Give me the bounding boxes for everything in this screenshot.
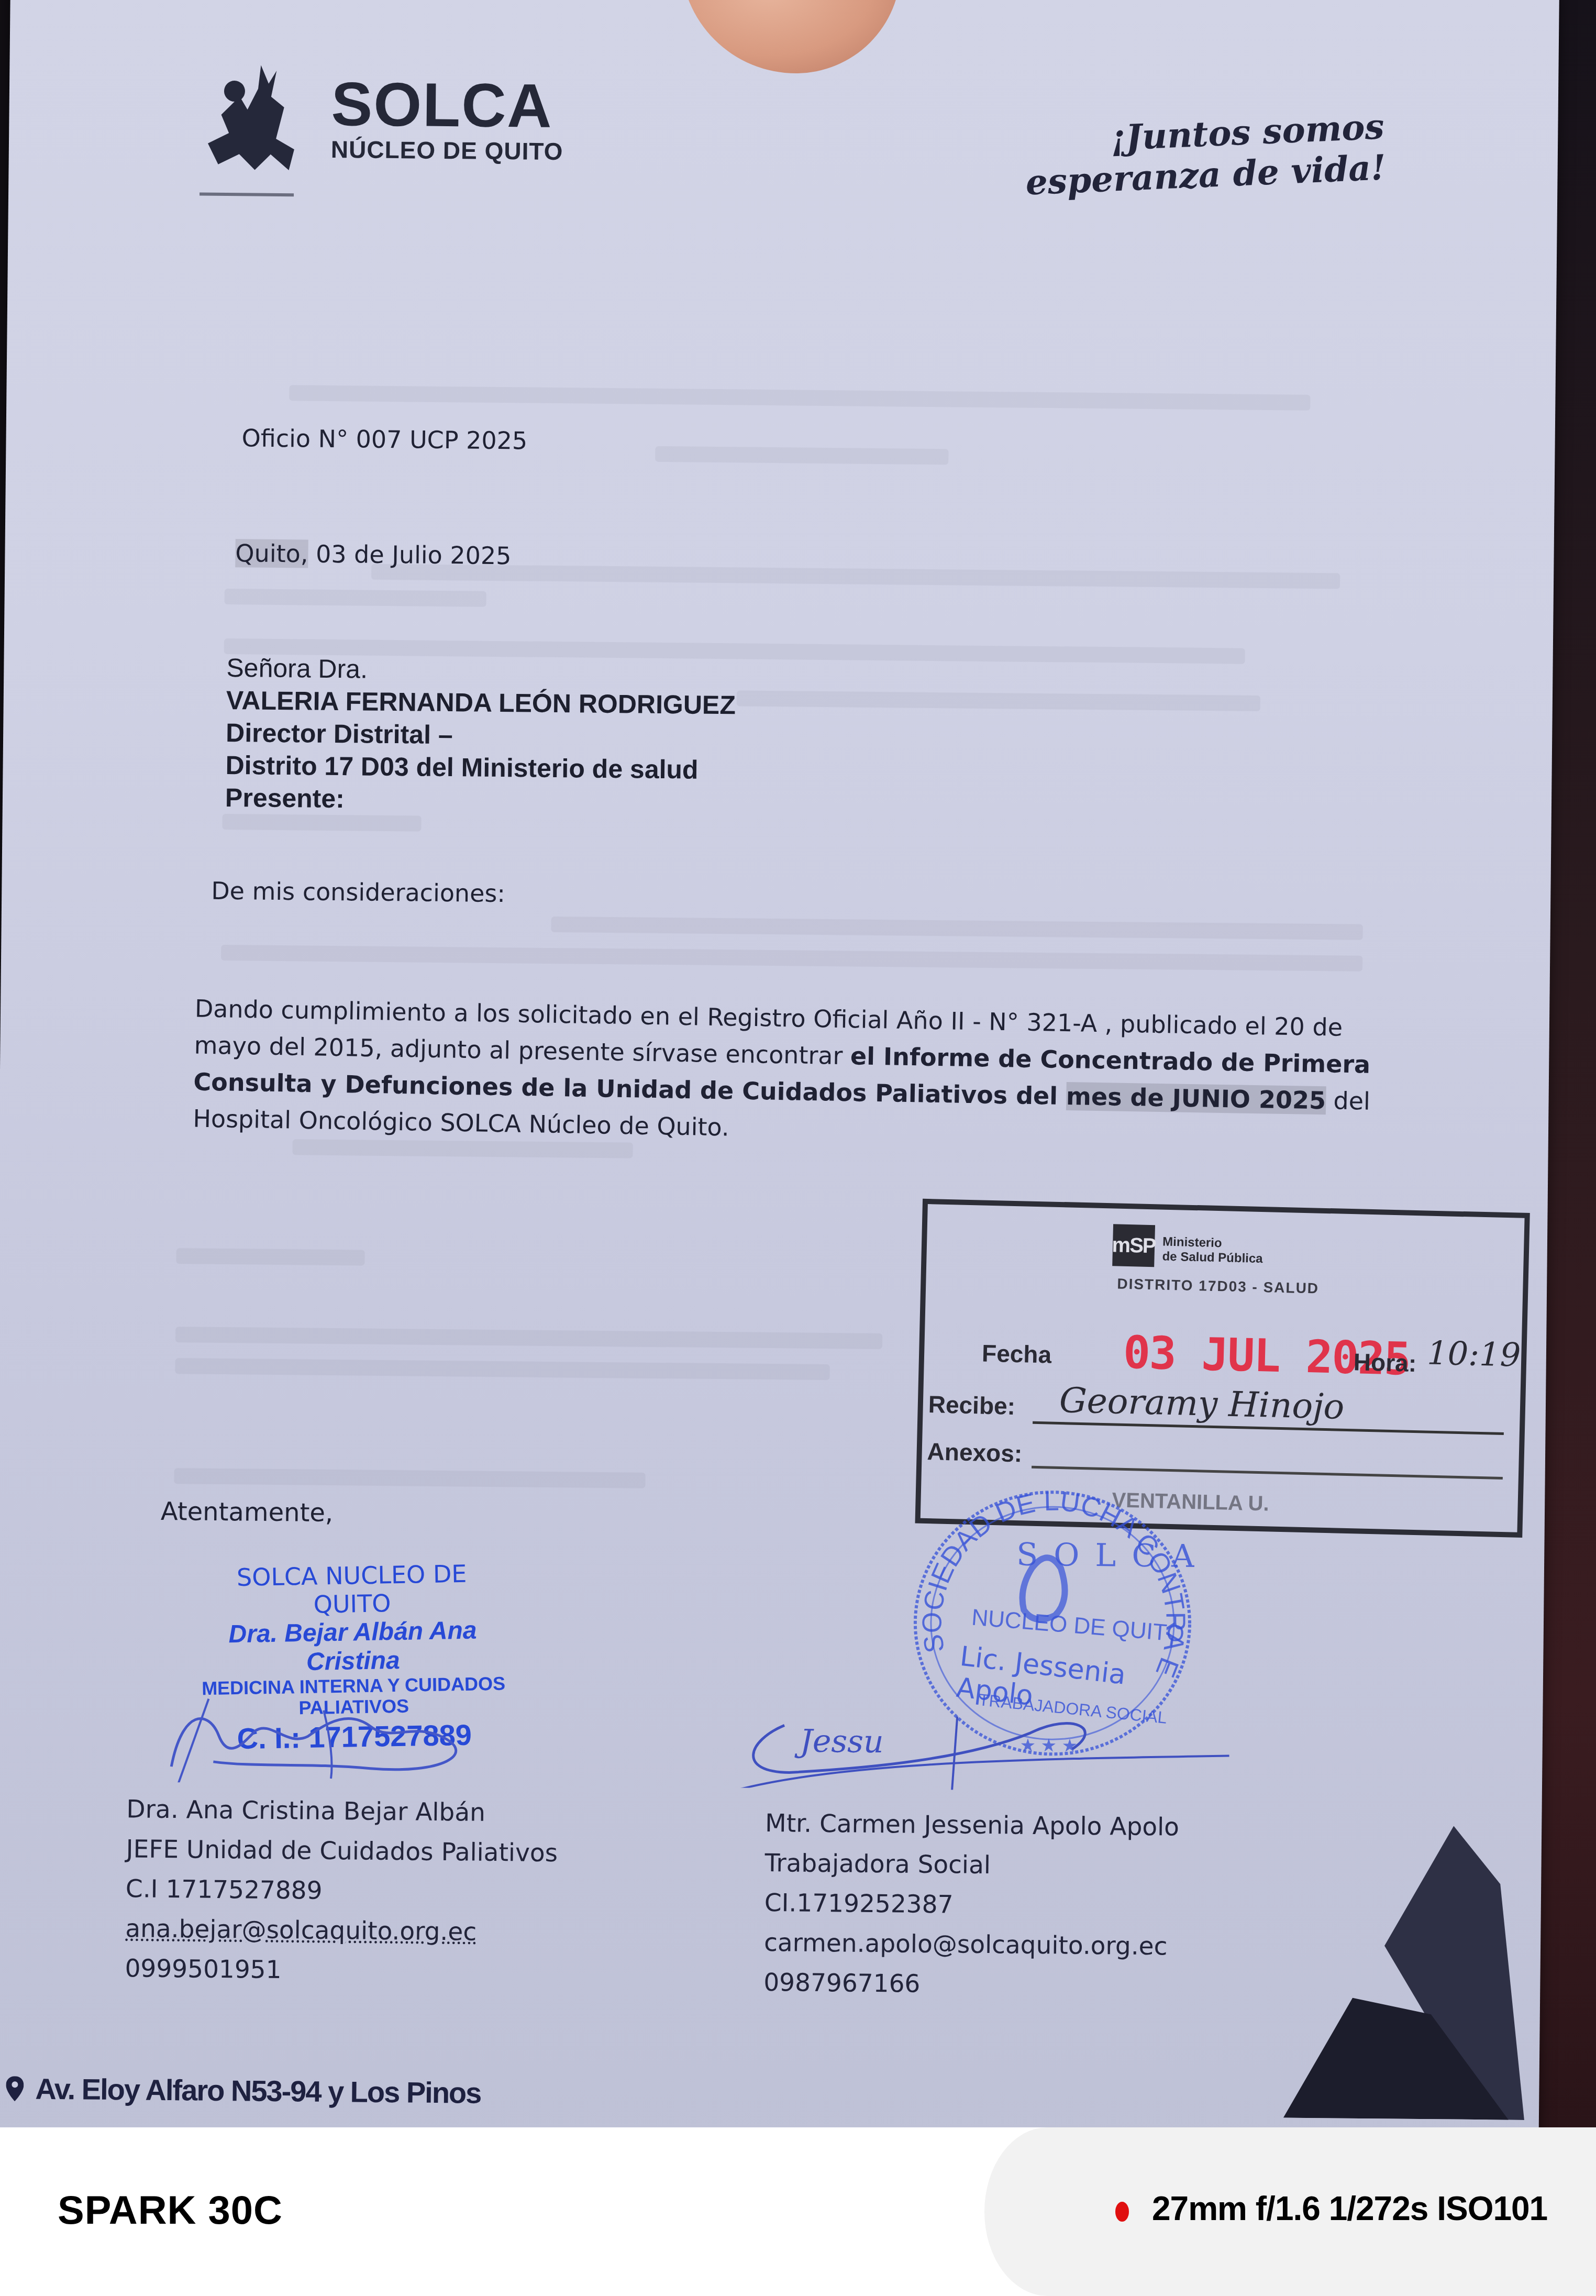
bleed-through-text [221, 945, 1362, 972]
signatory-id: C.I 1717527889 [126, 1869, 558, 1913]
letter-date: Quito, 03 de Julio 2025 [235, 539, 511, 570]
bleed-through-text [174, 1468, 645, 1488]
signatory-phone: 0999501951 [125, 1949, 557, 1993]
org-name: SOLCA [331, 69, 553, 142]
svg-text:Jessu: Jessu [794, 1723, 883, 1761]
solca-rider-logo-icon [197, 59, 318, 181]
signature-right-icon: Jessu [705, 1693, 1282, 1793]
red-dot-icon [1115, 2202, 1129, 2222]
camera-model: SPARK 30C [58, 2188, 283, 2233]
signatory-email-link[interactable]: ana.bejar@solcaquito.org.ec [125, 1909, 557, 1953]
bleed-through-text [176, 1248, 364, 1265]
letter-paper: SOLCA NÚCLEO DE QUITO ¡Juntos somos espe… [0, 0, 1559, 2127]
signatory-name: Mtr. Carmen Jessenia Apolo Apolo [765, 1804, 1179, 1848]
signature-left-icon [150, 1688, 492, 1785]
stamp-district: DISTRITO 17D03 - SALUD [1117, 1276, 1319, 1297]
bleed-through-text [175, 1358, 829, 1380]
signatory-id: CI.1719252387 [764, 1883, 1178, 1927]
doctor-stamp-name: Dra. Bejar Albán Ana Cristina [195, 1615, 511, 1678]
oficio-number: Oficio N° 007 UCP 2025 [241, 424, 527, 455]
recipient-title: Director Distrital – [226, 716, 736, 754]
recipient-presente: Presente: [225, 781, 735, 819]
anexos-line [1032, 1466, 1503, 1480]
bleed-through-text [222, 814, 421, 832]
hora-label: Hora: [1353, 1348, 1416, 1377]
fecha-label: Fecha [982, 1339, 1052, 1369]
slogan: ¡Juntos somos esperanza de vida! [1023, 106, 1387, 203]
recibe-label: Recibe: [928, 1390, 1015, 1420]
bleed-through-text [737, 690, 1260, 711]
signatory-name: Dra. Ana Cristina Bejar Albán [126, 1790, 558, 1834]
decorative-corner-shapes-icon [1262, 1824, 1579, 2121]
camera-specs-pill: 27mm f/1.6 1/272s ISO101 [984, 2127, 1596, 2296]
camera-watermark: SPARK 30C 27mm f/1.6 1/272s ISO101 [0, 2127, 1596, 2296]
recipient-district: Distrito 17 D03 del Ministerio de salud [225, 749, 735, 786]
signatory-position: Trabajadora Social [764, 1844, 1179, 1887]
msp-logo-icon: mSP [1112, 1224, 1155, 1267]
body-paragraph: Dando cumplimiento a los solicitado en e… [193, 990, 1399, 1156]
bleed-through-text [225, 589, 486, 607]
bleed-through-text [371, 564, 1340, 589]
recipient-block: Señora Dra. VALERIA FERNANDA LEÓN RODRIG… [225, 652, 736, 819]
date-value: 03 de Julio 2025 [308, 540, 512, 570]
recibe-signature: Georamy Hinojo [1059, 1380, 1345, 1427]
camera-specs: 27mm f/1.6 1/272s ISO101 [1152, 2189, 1547, 2228]
recipient-name: VALERIA FERNANDA LEÓN RODRIGUEZ [226, 684, 736, 721]
logo-divider [199, 192, 294, 196]
signatory-left: Dra. Ana Cristina Bejar Albán JEFE Unida… [125, 1790, 558, 1993]
footer-address: Av. Eloy Alfaro N53-94 y Los Pinos [6, 2071, 481, 2110]
address-text: Av. Eloy Alfaro N53-94 y Los Pinos [35, 2072, 481, 2110]
ministry-line-2: de Salud Pública [1162, 1250, 1263, 1267]
document-photo: SOLCA NÚCLEO DE QUITO ¡Juntos somos espe… [0, 0, 1596, 2127]
bleed-through-text [289, 385, 1310, 411]
bleed-through-text [551, 917, 1363, 940]
ministry-name: Ministerio de Salud Pública [1162, 1235, 1263, 1267]
doctor-stamp-org: SOLCA NUCLEO DE QUITO [194, 1559, 509, 1620]
signatory-email: carmen.apolo@solcaquito.org.ec [764, 1923, 1178, 1967]
greeting: De mis consideraciones: [211, 877, 505, 908]
bleed-through-text [175, 1327, 882, 1349]
anexos-label: Anexos: [927, 1437, 1023, 1467]
bleed-through-text [655, 446, 948, 465]
closing: Atentamente, [161, 1497, 334, 1528]
ministry-line-1: Ministerio [1162, 1235, 1263, 1252]
signatory-right: Mtr. Carmen Jessenia Apolo Apolo Trabaja… [763, 1804, 1179, 2007]
signatory-phone: 0987967166 [763, 1963, 1178, 2007]
signatory-position: JEFE Unidad de Cuidados Paliativos [126, 1829, 558, 1873]
hora-value: 10:19 [1427, 1334, 1521, 1374]
map-pin-icon [6, 2076, 24, 2101]
recipient-salutation: Señora Dra. [226, 652, 736, 689]
org-subtitle: NÚCLEO DE QUITO [331, 135, 563, 165]
date-city: Quito, [235, 539, 308, 568]
report-month-highlight: mes de JUNIO 2025 [1066, 1082, 1326, 1114]
